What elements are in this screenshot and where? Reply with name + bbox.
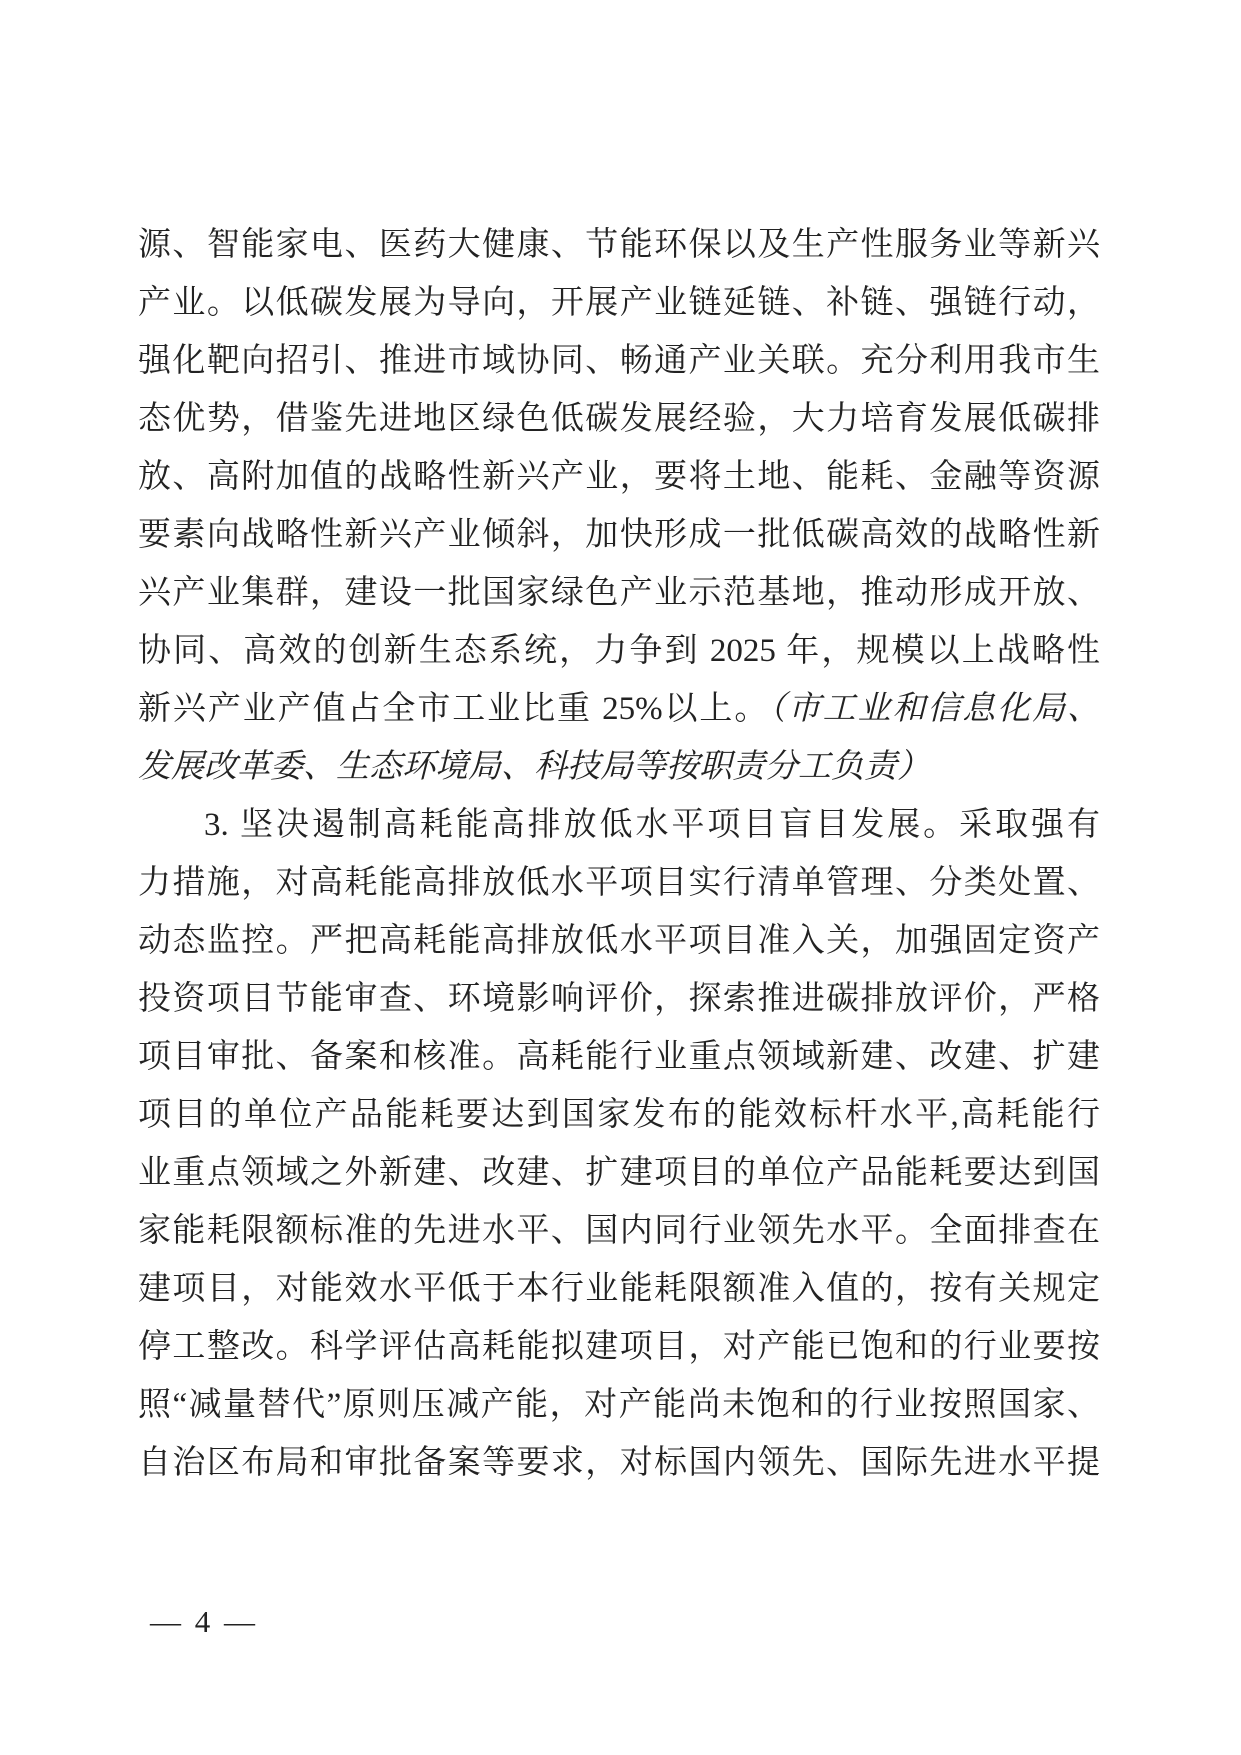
body-text-segment: 新兴产业产值占全市工业比重 25%以上。	[138, 691, 769, 727]
text-line: 3. 坚决遏制高耗能高排放低水平项目盲目发展。采取强有	[138, 796, 1100, 854]
body-text-segment: 项目审批、备案和核准。高耗能行业重点领域新建、改建、扩建	[138, 1039, 1100, 1075]
text-line: 放、高附加值的战略性新兴产业，要将土地、能耗、金融等资源	[138, 448, 1100, 506]
text-line: 协同、高效的创新生态系统，力争到 2025 年，规模以上战略性	[138, 622, 1100, 680]
text-line: 强化靶向招引、推进市域协同、畅通产业关联。充分利用我市生	[138, 332, 1100, 390]
text-line: 动态监控。严把高耗能高排放低水平项目准入关，加强固定资产	[138, 912, 1100, 970]
text-line: 产业。以低碳发展为导向，开展产业链延链、补链、强链行动，	[138, 274, 1100, 332]
text-line: 要素向战略性新兴产业倾斜，加快形成一批低碳高效的战略性新	[138, 506, 1100, 564]
text-line: 业重点领域之外新建、改建、扩建项目的单位产品能耗要达到国	[138, 1144, 1100, 1202]
kai-text-segment: 发展改革委、生态环境局、科技局等按职责分工负责）	[138, 749, 930, 785]
paragraph: 3. 坚决遏制高耗能高排放低水平项目盲目发展。采取强有力措施，对高耗能高排放低水…	[138, 796, 1100, 1492]
body-text-segment: 要素向战略性新兴产业倾斜，加快形成一批低碳高效的战略性新	[138, 517, 1100, 553]
text-line: 兴产业集群，建设一批国家绿色产业示范基地，推动形成开放、	[138, 564, 1100, 622]
text-line: 新兴产业产值占全市工业比重 25%以上。（市工业和信息化局、	[138, 680, 1100, 738]
text-line: 建项目，对能效水平低于本行业能耗限额准入值的，按有关规定	[138, 1260, 1100, 1318]
document-body: 源、智能家电、医药大健康、节能环保以及生产性服务业等新兴产业。以低碳发展为导向，…	[138, 216, 1100, 1492]
text-line: 态优势，借鉴先进地区绿色低碳发展经验，大力培育发展低碳排	[138, 390, 1100, 448]
text-line: 停工整改。科学评估高耗能拟建项目，对产能已饱和的行业要按	[138, 1318, 1100, 1376]
text-line: 力措施，对高耗能高排放低水平项目实行清单管理、分类处置、	[138, 854, 1100, 912]
body-text-segment: 3. 坚决遏制高耗能高排放低水平项目盲目发展。采取强有	[204, 807, 1100, 843]
text-line: 投资项目节能审查、环境影响评价，探索推进碳排放评价，严格	[138, 970, 1100, 1028]
body-text-segment: 自治区布局和审批备案等要求，对标国内领先、国际先进水平提	[138, 1445, 1100, 1481]
body-text-segment: 强化靶向招引、推进市域协同、畅通产业关联。充分利用我市生	[138, 343, 1100, 379]
text-line: 家能耗限额标准的先进水平、国内同行业领先水平。全面排查在	[138, 1202, 1100, 1260]
document-page: 源、智能家电、医药大健康、节能环保以及生产性服务业等新兴产业。以低碳发展为导向，…	[0, 0, 1241, 1755]
body-text-segment: 放、高附加值的战略性新兴产业，要将土地、能耗、金融等资源	[138, 459, 1100, 495]
body-text-segment: 业重点领域之外新建、改建、扩建项目的单位产品能耗要达到国	[138, 1155, 1100, 1191]
kai-text-segment: （市工业和信息化局、	[769, 691, 1100, 727]
body-text-segment: 协同、高效的创新生态系统，力争到 2025 年，规模以上战略性	[138, 633, 1100, 669]
text-line: 自治区布局和审批备案等要求，对标国内领先、国际先进水平提	[138, 1434, 1100, 1492]
paragraph: 源、智能家电、医药大健康、节能环保以及生产性服务业等新兴产业。以低碳发展为导向，…	[138, 216, 1100, 796]
body-text-segment: 动态监控。严把高耗能高排放低水平项目准入关，加强固定资产	[138, 923, 1100, 959]
body-text-segment: 产业。以低碳发展为导向，开展产业链延链、补链、强链行动，	[138, 285, 1100, 321]
text-line: 源、智能家电、医药大健康、节能环保以及生产性服务业等新兴	[138, 216, 1100, 274]
body-text-segment: 建项目，对能效水平低于本行业能耗限额准入值的，按有关规定	[138, 1271, 1100, 1307]
body-text-segment: 态优势，借鉴先进地区绿色低碳发展经验，大力培育发展低碳排	[138, 401, 1100, 437]
body-text-segment: 投资项目节能审查、环境影响评价，探索推进碳排放评价，严格	[138, 981, 1100, 1017]
text-line: 项目的单位产品能耗要达到国家发布的能效标杆水平,高耗能行	[138, 1086, 1100, 1144]
body-text-segment: 照“减量替代”原则压减产能，对产能尚未饱和的行业按照国家、	[138, 1387, 1100, 1423]
body-text-segment: 源、智能家电、医药大健康、节能环保以及生产性服务业等新兴	[138, 227, 1100, 263]
text-line: 项目审批、备案和核准。高耗能行业重点领域新建、改建、扩建	[138, 1028, 1100, 1086]
text-line: 发展改革委、生态环境局、科技局等按职责分工负责）	[138, 738, 1100, 796]
page-number: — 4 —	[150, 1600, 258, 1644]
body-text-segment: 停工整改。科学评估高耗能拟建项目，对产能已饱和的行业要按	[138, 1329, 1100, 1365]
text-line: 照“减量替代”原则压减产能，对产能尚未饱和的行业按照国家、	[138, 1376, 1100, 1434]
body-text-segment: 家能耗限额标准的先进水平、国内同行业领先水平。全面排查在	[138, 1213, 1100, 1249]
body-text-segment: 力措施，对高耗能高排放低水平项目实行清单管理、分类处置、	[138, 865, 1100, 901]
body-text-segment: 兴产业集群，建设一批国家绿色产业示范基地，推动形成开放、	[138, 575, 1100, 611]
body-text-segment: 项目的单位产品能耗要达到国家发布的能效标杆水平,高耗能行	[138, 1097, 1100, 1133]
